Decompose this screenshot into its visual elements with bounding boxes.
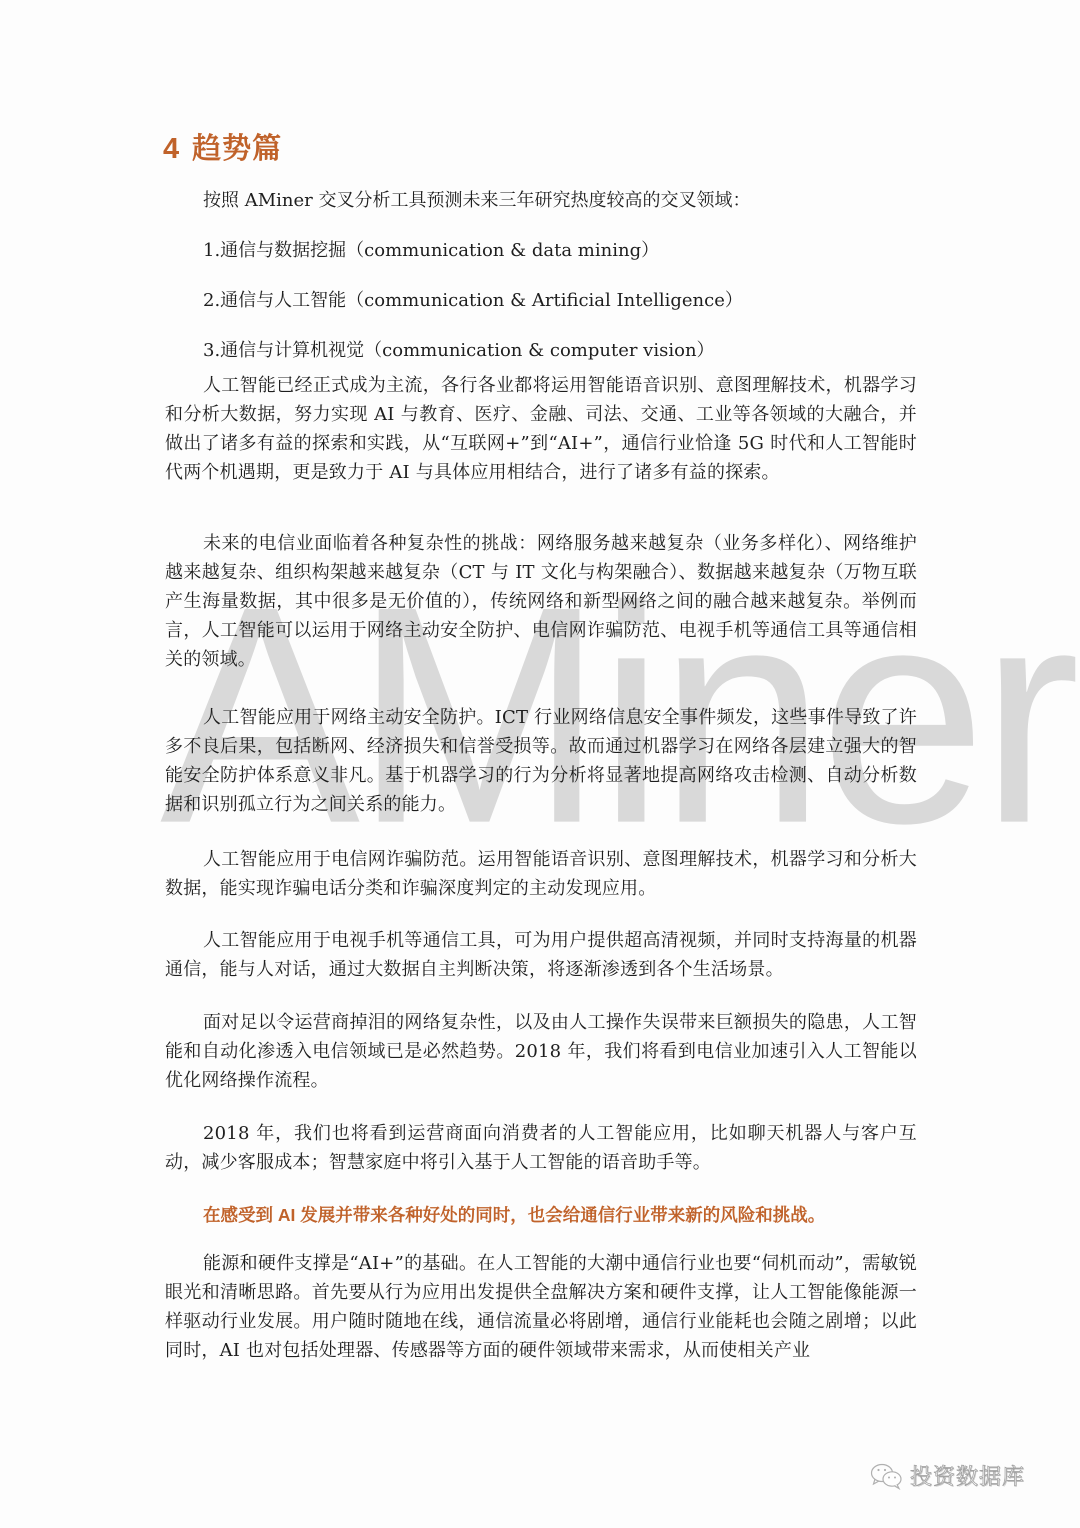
section-title: 趋势篇 [192, 133, 282, 165]
paragraph-ai-mainstream: 人工智能已经正式成为主流，各行各业都将运用智能语音识别、意图理解技术，机器学习和… [165, 371, 917, 487]
section-number: 4 [163, 133, 180, 165]
section-heading: 4趋势篇 [163, 131, 282, 167]
footer-brand: 投资数据库 [870, 1460, 1025, 1491]
brand-name: 投资数据库 [910, 1460, 1025, 1491]
paragraph-consumer-ai: 2018 年，我们也将看到运营商面向消费者的人工智能应用，比如聊天机器人与客户互… [165, 1119, 917, 1177]
paragraph-communication-tools: 人工智能应用于电视手机等通信工具，可为用户提供超高清视频，并同时支持海量的机器通… [165, 926, 917, 984]
list-item-1: 1.通信与数据挖掘（communication & data mining） [203, 236, 659, 265]
wechat-icon [870, 1462, 904, 1490]
paragraph-network-security: 人工智能应用于网络主动安全防护。ICT 行业网络信息安全事件频发，这些事件导致了… [165, 703, 917, 819]
intro-text: 按照 AMiner 交叉分析工具预测未来三年研究热度较高的交叉领域： [203, 186, 750, 215]
highlight-sentence: 在感受到 AI 发展并带来各种好处的同时，也会给通信行业带来新的风险和挑战。 [203, 1201, 825, 1230]
paragraph-telecom-challenges: 未来的电信业面临着各种复杂性的挑战：网络服务越来越复杂（业务多样化）、网络维护越… [165, 529, 917, 674]
list-item-2: 2.通信与人工智能（communication & Artificial Int… [203, 286, 743, 315]
paragraph-fraud-prevention: 人工智能应用于电信网诈骗防范。运用智能语音识别、意图理解技术，机器学习和分析大数… [165, 845, 917, 903]
paragraph-network-complexity: 面对足以令运营商掉泪的网络复杂性，以及由人工操作失误带来巨额损失的隐患，人工智能… [165, 1008, 917, 1095]
list-item-3: 3.通信与计算机视觉（communication & computer visi… [203, 336, 715, 365]
paragraph-energy-hardware: 能源和硬件支撑是“AI+”的基础。在人工智能的大潮中通信行业也要“伺机而动”，需… [165, 1249, 917, 1365]
document-page: AMiner 4趋势篇 按照 AMiner 交叉分析工具预测未来三年研究热度较高… [0, 0, 1080, 1528]
